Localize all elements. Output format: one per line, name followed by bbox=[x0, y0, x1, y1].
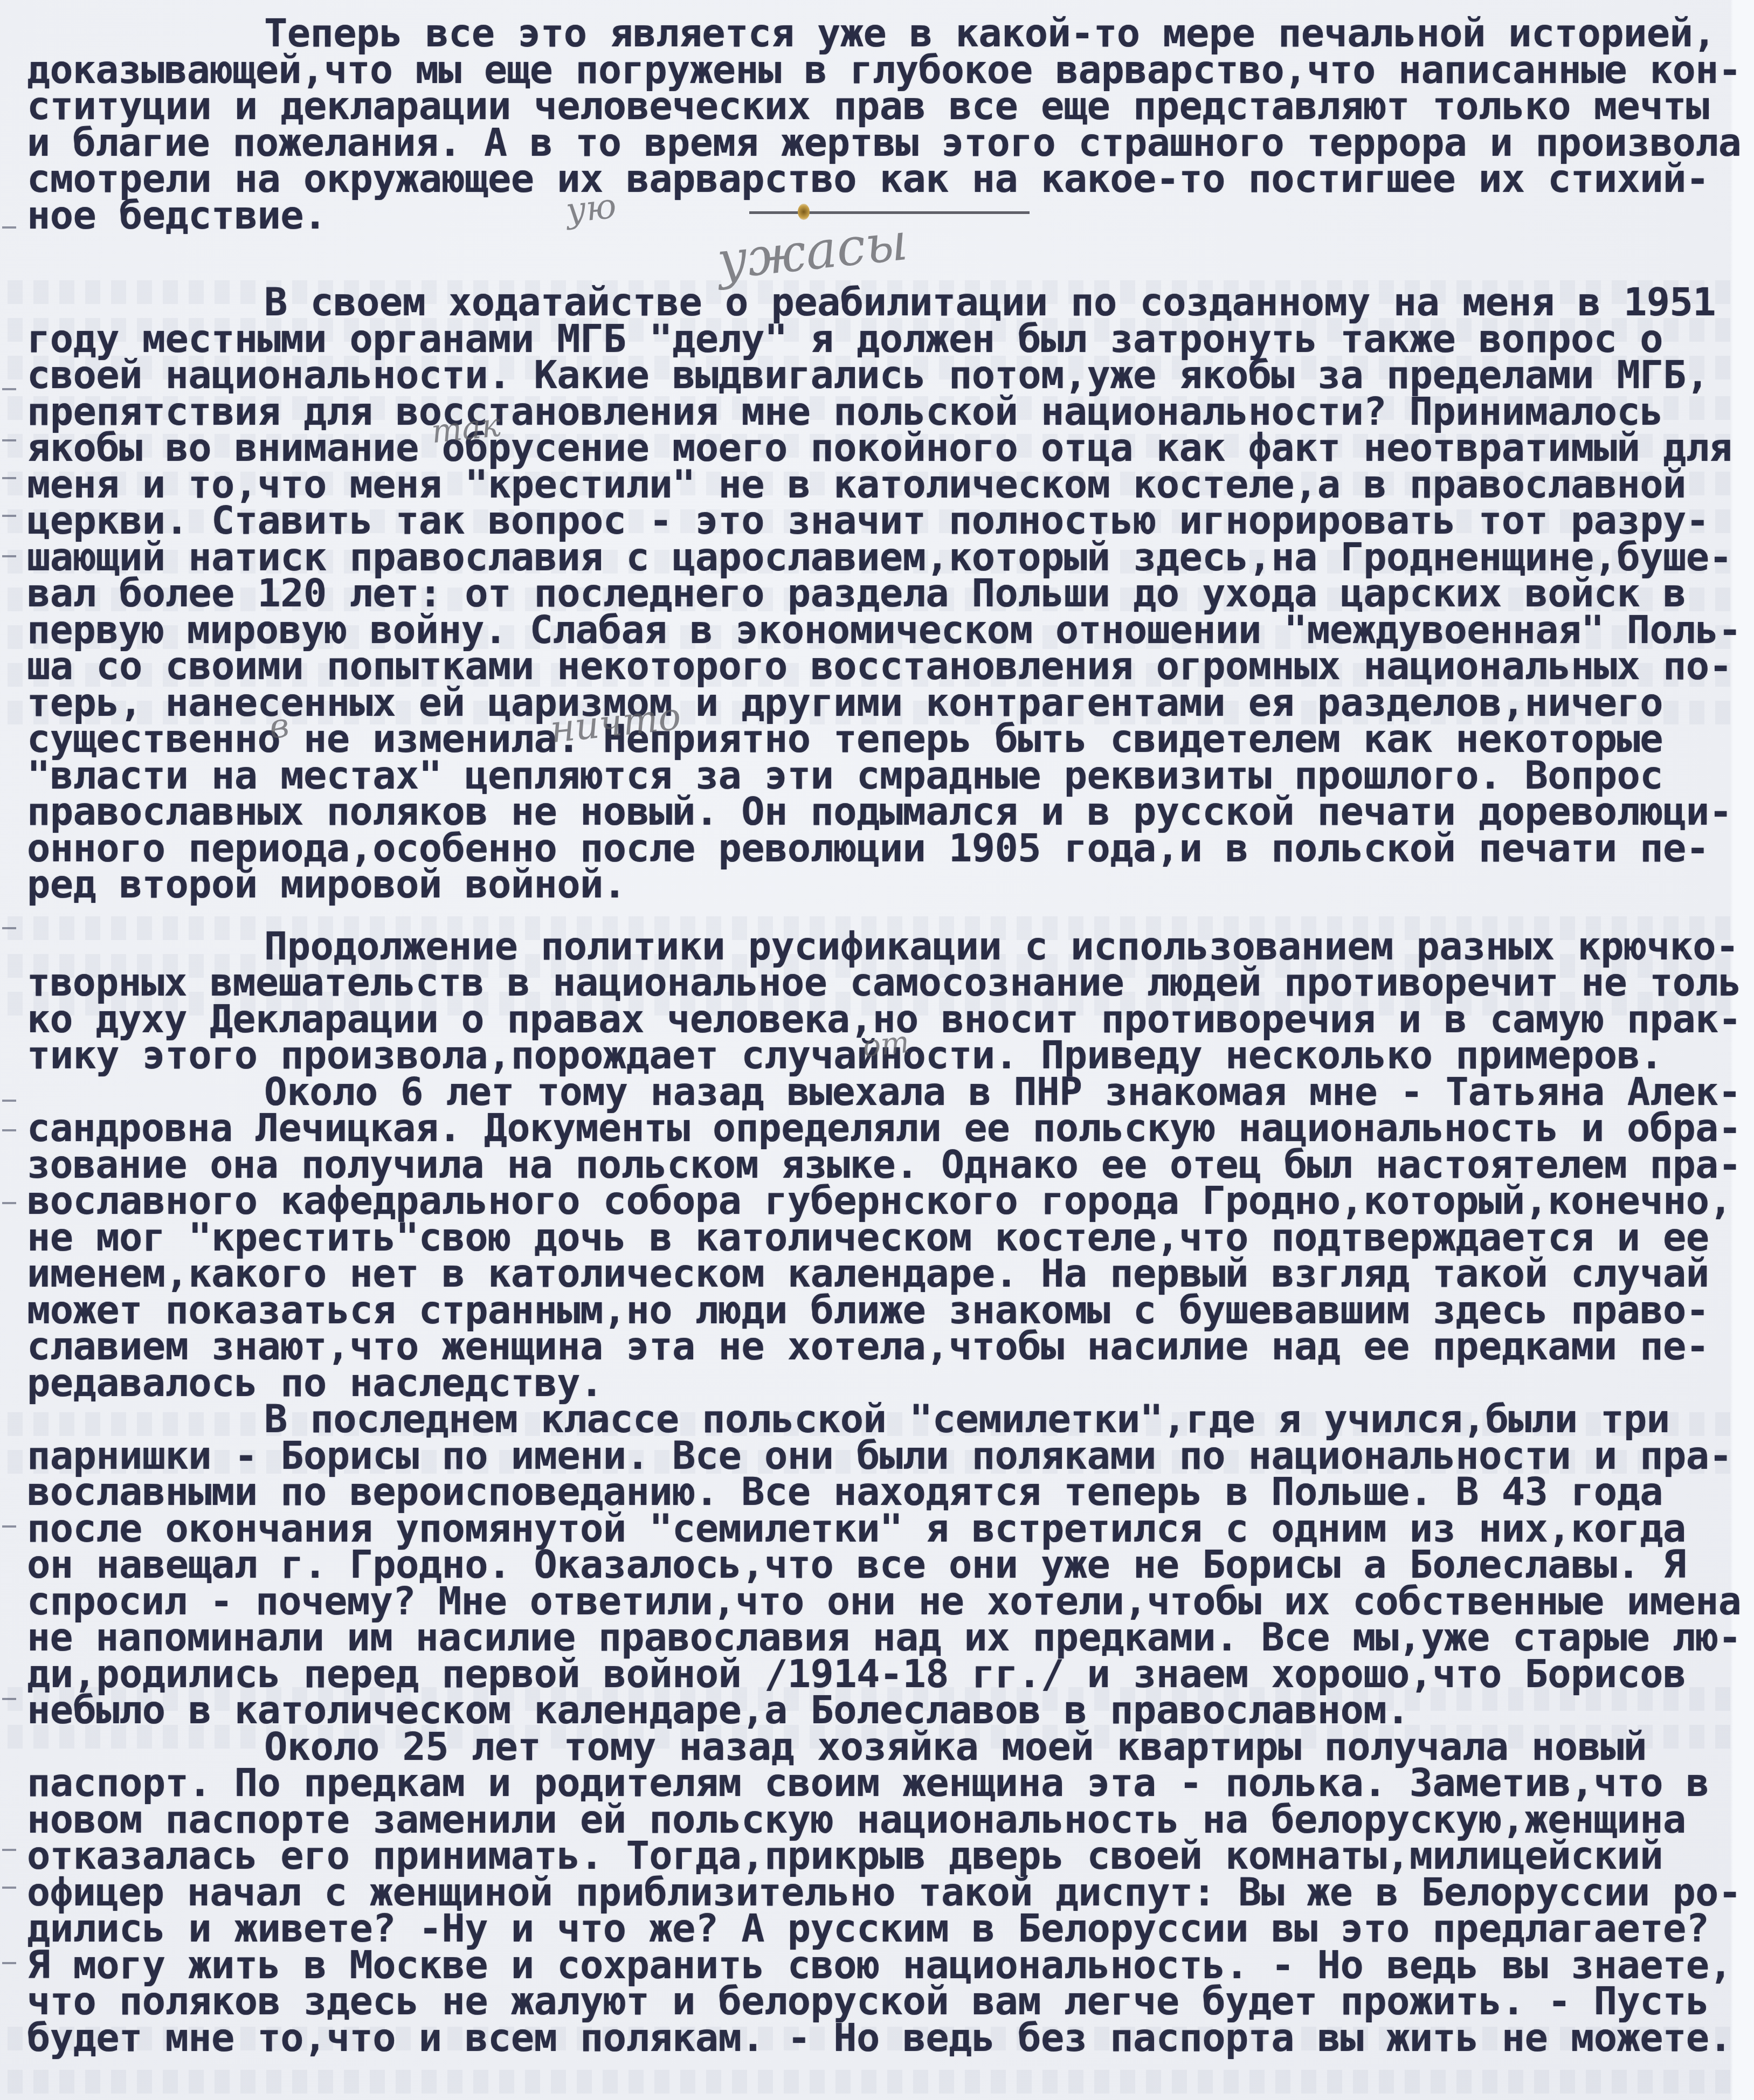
paragraph: Теперь все это является уже в какой-то м… bbox=[27, 15, 1741, 233]
text-line: он навещал г. Гродно. Оказалось,что все … bbox=[27, 1546, 1741, 1583]
pencil-annotation: от bbox=[861, 1025, 911, 1065]
paper-stain bbox=[798, 204, 810, 220]
text-line: небыло в католическом календаре,а Болесл… bbox=[27, 1692, 1741, 1729]
text-line: не мог "крестить"свою дочь в католическо… bbox=[27, 1219, 1741, 1256]
text-line: творных вмешательств в национальное само… bbox=[27, 964, 1727, 1001]
text-line: паспорт. По предкам и родителям своим же… bbox=[27, 1765, 1741, 1801]
text-line: доказывающей,что мы еще погружены в глуб… bbox=[27, 52, 1727, 88]
text-line: спросил - почему? Мне ответили,что они н… bbox=[27, 1583, 1727, 1620]
text-line: онного периода,особенно после революции … bbox=[27, 830, 1741, 867]
text-line: ша со своими попытками некоторого восста… bbox=[27, 648, 1741, 685]
text-line: меня и то,что меня "крестили" не в катол… bbox=[27, 466, 1741, 503]
text-line: Около 6 лет тому назад выехала в ПНР зна… bbox=[27, 1074, 1717, 1110]
text-line: якобы во внимание обрусение моего покойн… bbox=[27, 430, 1741, 466]
text-line: зование она получила на польском языке. … bbox=[27, 1146, 1727, 1183]
text-line: славием знают,что женщина эта не хотела,… bbox=[27, 1328, 1741, 1365]
pencil-annotation: так bbox=[430, 406, 502, 451]
text-line: Теперь все это является уже в какой-то м… bbox=[27, 15, 1741, 52]
paragraph: Около 25 лет тому назад хозяйка моей ква… bbox=[27, 1729, 1741, 2056]
text-line: может показаться странным,но люди ближе … bbox=[27, 1292, 1741, 1329]
text-line: будет мне то,что и всем полякам. - Но ве… bbox=[27, 2020, 1741, 2056]
text-line: ди,родились перед первой войной /1914-18… bbox=[27, 1656, 1741, 1693]
text-line: православных поляков не новый. Он подыма… bbox=[27, 793, 1741, 830]
text-line: офицер начал с женщиной приблизительно т… bbox=[27, 1874, 1727, 1911]
text-line: отказалась его принимать. Тогда,прикрыв … bbox=[27, 1837, 1741, 1874]
text-line: препятствия для восстановления мне польс… bbox=[27, 393, 1741, 430]
text-line: после окончания упомянутой "семилетки" я… bbox=[27, 1510, 1741, 1547]
text-line: вославными по вероисповеданию. Все наход… bbox=[27, 1474, 1741, 1510]
text-line: "власти на местах" цепляются за эти смра… bbox=[27, 757, 1741, 794]
text-line: именем,какого нет в католическом календа… bbox=[27, 1255, 1741, 1292]
text-line: В последнем классе польской "семилетки",… bbox=[27, 1401, 1741, 1438]
text-line: ституции и декларации человеческих прав … bbox=[27, 88, 1741, 125]
text-line: новом паспорте заменили ей польскую наци… bbox=[27, 1801, 1741, 1838]
pencil-annotation: ую bbox=[564, 186, 618, 231]
text-line: вославного кафедрального собора губернск… bbox=[27, 1183, 1741, 1219]
text-line: ред второй мировой войной. bbox=[27, 866, 1741, 903]
text-line: и благие пожелания. А в то время жертвы … bbox=[27, 125, 1727, 161]
text-line: Продолжение политики русификации с испол… bbox=[27, 928, 1741, 965]
pencil-annotation: в bbox=[267, 705, 291, 746]
text-line: первую мировую войну. Слабая в экономиче… bbox=[27, 612, 1727, 648]
text-line: Около 25 лет тому назад хозяйка моей ква… bbox=[27, 1729, 1741, 1765]
paragraph: В последнем классе польской "семилетки",… bbox=[27, 1401, 1741, 1729]
text-line: дились и живете? -Ну и что же? А русским… bbox=[27, 1910, 1741, 1947]
text-line: своей национальности. Какие выдвигались … bbox=[27, 357, 1741, 393]
paragraph: Около 6 лет тому назад выехала в ПНР зна… bbox=[27, 1074, 1741, 1401]
text-line: парнишки - Борисы по имени. Все они были… bbox=[27, 1438, 1741, 1474]
text-line: вал более 120 лет: от последнего раздела… bbox=[27, 575, 1741, 612]
text-line: шающий натиск православия с царославием,… bbox=[27, 539, 1741, 576]
paragraph: В своем ходатайстве о реабилитации по со… bbox=[27, 284, 1741, 903]
text-line: смотрели на окружающее их варварство как… bbox=[27, 161, 1741, 197]
text-line: году местными органами МГБ "делу" я долж… bbox=[27, 321, 1741, 357]
text-line: что поляков здесь не жалуют и белоруской… bbox=[27, 1983, 1741, 2020]
text-line: редавалось по наследству. bbox=[27, 1365, 1741, 1401]
text-line: церкви. Ставить так вопрос - это значит … bbox=[27, 502, 1741, 539]
text-line: не напоминали им насилие православия над… bbox=[27, 1619, 1727, 1656]
text-line: сандровна Лечицкая. Документы определяли… bbox=[27, 1110, 1727, 1146]
text-line: В своем ходатайстве о реабилитации по со… bbox=[27, 284, 1741, 321]
text-line: Я могу жить в Москве и сохранить свою на… bbox=[27, 1947, 1741, 1984]
